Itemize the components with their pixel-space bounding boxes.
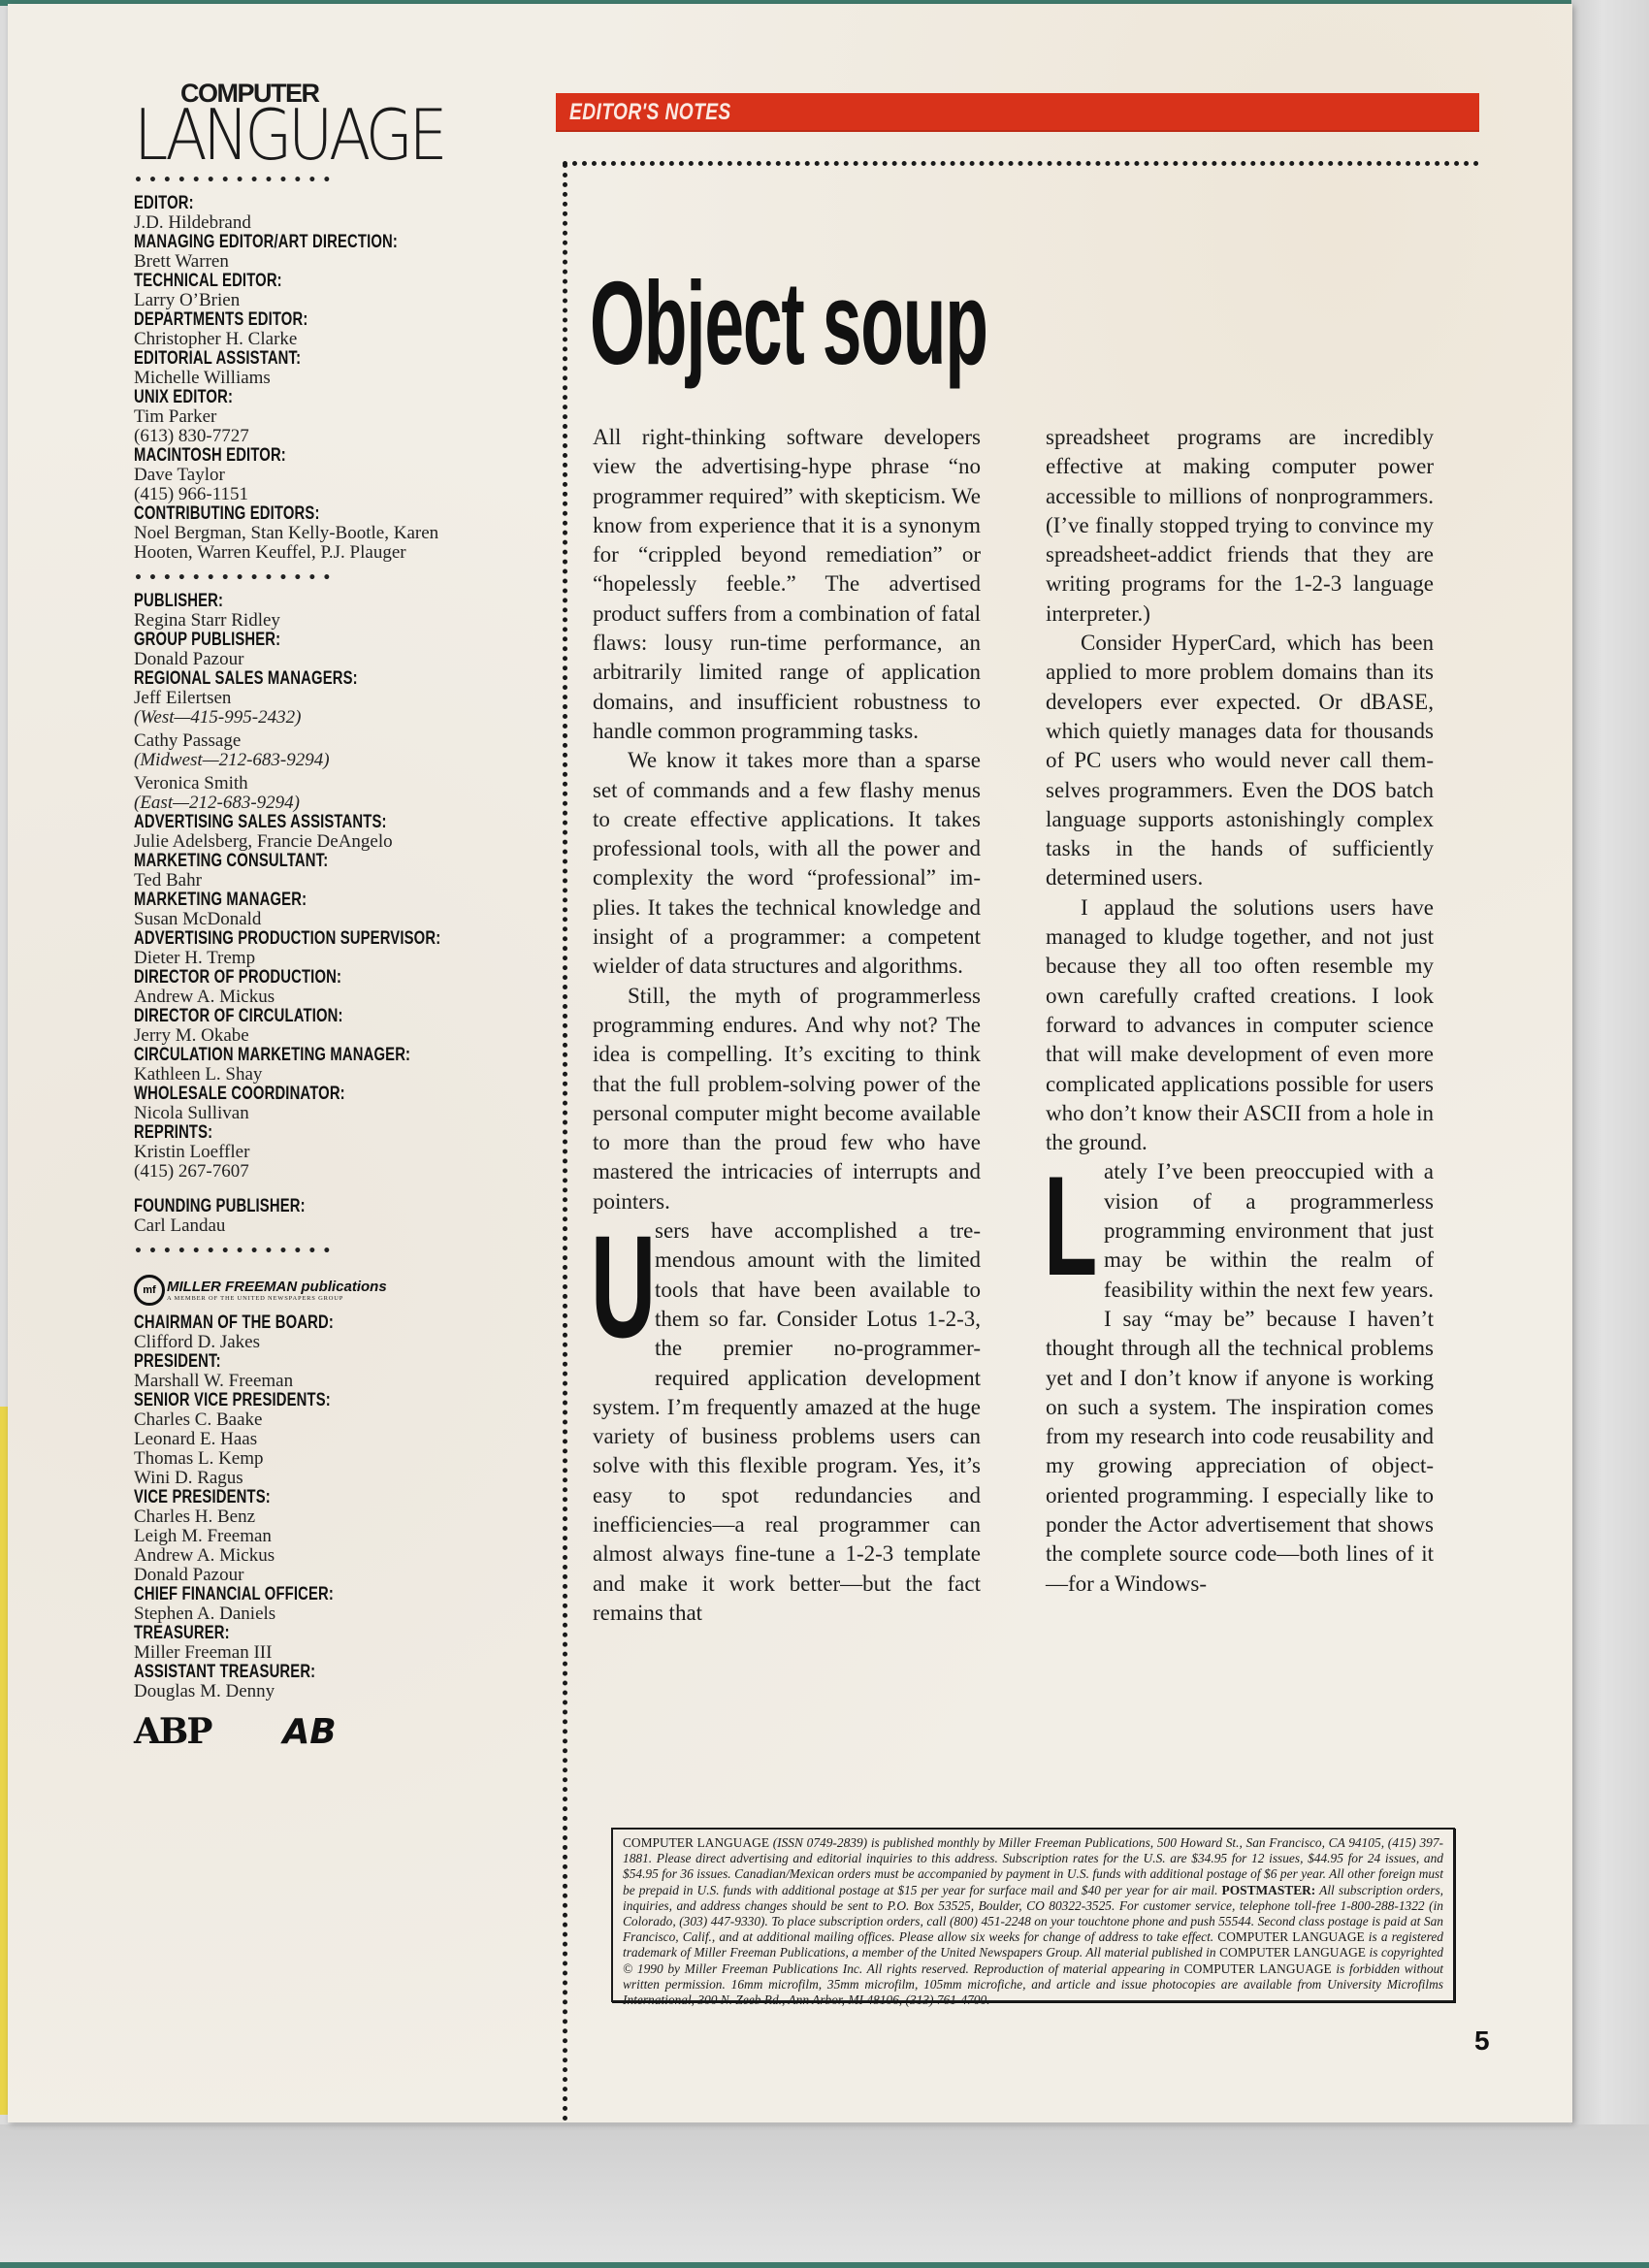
staff-name: Stephen A. Daniels (134, 1604, 502, 1624)
staff-role: CONTRIBUTING EDITORS: (134, 504, 421, 524)
staff-role: ADVERTISING PRODUCTION SUPERVISOR: (134, 929, 421, 949)
staff-name: Christopher H. Clarke (134, 330, 502, 349)
logo-language: LANGUAGE (134, 105, 458, 165)
publication-imprint-box: COMPUTER LANGUAGE (ISSN 0749-2839) is pu… (611, 1828, 1455, 2002)
drop-cap-letter: U (591, 1224, 625, 1370)
imprint-postmaster-label: POSTMASTER: (1222, 1883, 1316, 1897)
separator-dots: •••••••••••••• (134, 1244, 502, 1259)
staff-name: Douglas M. Denny (134, 1682, 502, 1701)
scan-backdrop-right (1571, 0, 1649, 2268)
staff-region-phone: (East—212-683-9294) (134, 794, 502, 813)
staff-name: Charles C. Baake (134, 1410, 502, 1430)
staff-name: Veronica Smith (134, 774, 502, 794)
section-label: EDITOR'S NOTES (569, 99, 731, 126)
staff-name: Andrew A. Mickus (134, 988, 502, 1007)
scan-backdrop-bottom (0, 2124, 1649, 2268)
staff-role: MANAGING EDITOR/ART DIRECTION: (134, 233, 421, 252)
staff-region-phone: (Midwest—212-683-9294) (134, 751, 502, 770)
imprint-title: COMPUTER LANGUAGE (1217, 1929, 1364, 1944)
masthead: COMPUTER LANGUAGE •••••••••••••• EDITOR:… (134, 81, 502, 1752)
imprint-title: COMPUTER LANGUAGE (1219, 1945, 1366, 1960)
staff-role: DIRECTOR OF CIRCULATION: (134, 1007, 421, 1026)
imprint-title: COMPUTER LANGUAGE (1184, 1961, 1332, 1976)
staff-role: SENIOR VICE PRESIDENTS: (134, 1391, 421, 1410)
staff-name: Kathleen L. Shay (134, 1065, 502, 1085)
staff-name: Clifford D. Jakes (134, 1333, 502, 1352)
staff-role: EDITORIAL ASSISTANT: (134, 349, 421, 369)
staff-name: Wini D. Ragus (134, 1469, 502, 1488)
staff-role: FOUNDING PUBLISHER: (134, 1197, 421, 1216)
staff-name: Nicola Sullivan (134, 1104, 502, 1123)
staff-phone: (415) 267-7607 (134, 1162, 502, 1182)
paragraph-dropcap: L ately I’ve been preoccupied with a vis… (1046, 1157, 1434, 1598)
staff-role: WHOLESALE COORDINATOR: (134, 1085, 421, 1104)
staff-role: VICE PRESIDENTS: (134, 1488, 421, 1507)
paragraph: We know it takes more than a sparse set … (593, 746, 981, 981)
staff-role: ADVERTISING SALES ASSISTANTS: (134, 813, 421, 832)
staff-name: Jeff Eilertsen (134, 689, 502, 708)
staff-role: PRESIDENT: (134, 1352, 421, 1372)
dotted-rule-horizontal (563, 161, 1479, 166)
staff-region-phone: (West—415-995-2432) (134, 708, 502, 728)
imprint-title: COMPUTER LANGUAGE (623, 1835, 769, 1850)
paragraph: All right-thinking software devel­opers … (593, 423, 981, 746)
staff-name: Kristin Loeffler (134, 1143, 502, 1162)
staff-role: CHIEF FINANCIAL OFFICER: (134, 1585, 421, 1604)
miller-freeman-logo: mf MILLER FREEMAN publications A MEMBER … (134, 1275, 502, 1306)
staff-role: DIRECTOR OF PRODUCTION: (134, 968, 421, 988)
staff-name: Jerry M. Okabe (134, 1026, 502, 1046)
staff-name: Leonard E. Haas (134, 1430, 502, 1449)
staff-role: DEPARTMENTS EDITOR: (134, 310, 421, 330)
staff-role: MACINTOSH EDITOR: (134, 446, 421, 466)
publisher-name: MILLER FREEMAN publications (167, 1280, 387, 1295)
staff-role: GROUP PUBLISHER: (134, 631, 421, 650)
staff-name: J.D. Hildebrand (134, 213, 502, 233)
staff-name: Hooten, Warren Keuffel, P.J. Plauger (134, 543, 502, 563)
staff-role: UNIX EDITOR: (134, 388, 421, 407)
publisher-subtitle: A MEMBER OF THE UNITED NEWSPAPERS GROUP (167, 1295, 387, 1302)
staff-name: Dave Taylor (134, 466, 502, 485)
staff-name: Marshall W. Freeman (134, 1372, 502, 1391)
staff-role: REGIONAL SALES MANAGERS: (134, 669, 421, 689)
staff-name: Miller Freeman III (134, 1643, 502, 1663)
staff-list-business: PUBLISHER: Regina Starr Ridley GROUP PUB… (134, 592, 502, 1182)
section-header-bar: EDITOR'S NOTES (556, 93, 1479, 132)
scan-edge-bottom (0, 2262, 1649, 2268)
staff-name: Charles H. Benz (134, 1507, 502, 1527)
separator-dots: •••••••••••••• (134, 570, 502, 586)
staff-name: Carl Landau (134, 1216, 502, 1236)
staff-role: ASSISTANT TREASURER: (134, 1663, 421, 1682)
page-number: 5 (1474, 2025, 1490, 2057)
paragraph: spreadsheet programs are incredi­bly eff… (1046, 423, 1434, 629)
staff-name: Dieter H. Tremp (134, 949, 502, 968)
staff-role: REPRINTS: (134, 1123, 421, 1143)
article-title: Object soup (590, 260, 987, 386)
staff-list-editorial: EDITOR: J.D. Hildebrand MANAGING EDITOR/… (134, 194, 502, 563)
staff-name: Julie Adelsberg, Francie DeAngelo (134, 832, 502, 852)
staff-phone: (613) 830-7727 (134, 427, 502, 446)
staff-name: Michelle Williams (134, 369, 502, 388)
staff-name: Donald Pazour (134, 1566, 502, 1585)
staff-role: TREASURER: (134, 1624, 421, 1643)
staff-name: Andrew A. Mickus (134, 1546, 502, 1566)
abp-logo: ABP (134, 1711, 210, 1752)
staff-name: Cathy Passage (134, 731, 502, 751)
staff-name: Tim Parker (134, 407, 502, 427)
staff-role: MARKETING CONSULTANT: (134, 852, 421, 871)
staff-role: PUBLISHER: (134, 592, 421, 611)
staff-name: Regina Starr Ridley (134, 611, 502, 631)
paragraph-text: ately I’ve been preoccupied with a visio… (1046, 1159, 1434, 1595)
staff-name: Ted Bahr (134, 871, 502, 891)
article-column-2: spreadsheet programs are incredi­bly eff… (1046, 423, 1434, 1599)
staff-role: EDITOR: (134, 194, 421, 213)
staff-name: Thomas L. Kemp (134, 1449, 502, 1469)
staff-name: Leigh M. Freeman (134, 1527, 502, 1546)
staff-name: Donald Pazour (134, 650, 502, 669)
staff-name: Brett Warren (134, 252, 502, 272)
dotted-rule-vertical (563, 163, 567, 2122)
staff-name: Noel Bergman, Stan Kelly-Bootle, Karen (134, 524, 502, 543)
paragraph: Still, the myth of programmer­less progr… (593, 982, 981, 1216)
article-column-1: All right-thinking software devel­opers … (593, 423, 981, 1628)
staff-phone: (415) 966-1151 (134, 485, 502, 504)
drop-cap-letter: L (1044, 1165, 1075, 1311)
staff-name: Susan McDonald (134, 910, 502, 929)
staff-role: MARKETING MANAGER: (134, 891, 421, 910)
paragraph: I applaud the solutions users have manag… (1046, 893, 1434, 1158)
staff-role: CHAIRMAN OF THE BOARD: (134, 1313, 421, 1333)
paragraph: Consider HyperCard, which has been appli… (1046, 629, 1434, 893)
paragraph-dropcap: U sers have accomplished a tre­mendous a… (593, 1216, 981, 1628)
staff-name: Larry O’Brien (134, 291, 502, 310)
association-logos: ABP AB (134, 1711, 502, 1752)
staff-role: CIRCULATION MARKETING MANAGER: (134, 1046, 421, 1065)
audit-bureau-logo-icon: AB (282, 1712, 336, 1752)
staff-role: TECHNICAL EDITOR: (134, 272, 421, 291)
staff-list-corporate: CHAIRMAN OF THE BOARD: Clifford D. Jakes… (134, 1313, 502, 1701)
miller-freeman-mf-icon: mf (134, 1275, 165, 1306)
